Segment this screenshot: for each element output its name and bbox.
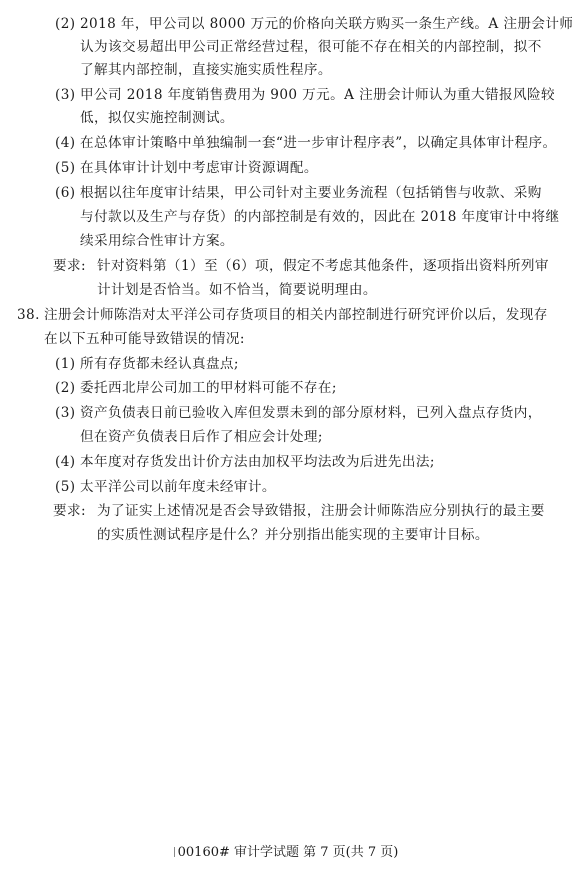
question-text-line: 注册会计师陈浩对太平洋公司存货项目的相关内部控制进行研究评价以后，发现存 [44,306,548,324]
requirement-text-line: 为了证实上述情况是否会导致错报，注册会计师陈浩应分别执行的最主要 [97,502,545,520]
requirement-text-line: 的实质性测试程序是什么？并分别指出能实现的主要审计目标。 [97,526,489,544]
question-number: 38. [17,306,40,324]
requirement-text-line: 针对资料第（1）至（6）项，假定不考虑其他条件，逐项指出资料所列审 [97,257,549,275]
item-text-line: 低，拟仅实施控制测试。 [80,109,234,127]
item-number: (2) [55,379,75,397]
item-number: (2) [55,15,75,33]
item-text-line: 本年度对存货发出计价方法由加权平均法改为后进先出法; [80,453,435,471]
item-number: (6) [55,184,75,202]
page-footer: 00160# 审计学试题 第 7 页(共 7 页) [0,844,572,862]
item-text-line: 2018 年，甲公司以 8000 万元的价格向关联方购买一条生产线。A 注册会计… [80,15,572,33]
item-text-line: 在具体审计计划中考虑审计资源调配。 [80,159,318,177]
requirement-label: 要求: [53,502,86,520]
exam-page: (2) 2018 年，甲公司以 8000 万元的价格向关联方购买一条生产线。A … [0,0,572,871]
requirement-label: 要求: [53,257,86,275]
item-number: (4) [55,134,75,152]
footer-text: 00160# 审计学试题 第 7 页(共 7 页) [178,845,399,860]
item-text-line: 续采用综合性审计方案。 [80,232,234,250]
item-text-line: 与付款以及生产与存货）的内部控制是有效的，因此在 2018 年度审计中将继 [80,208,559,226]
item-text-line: 太平洋公司以前年度未经审计。 [80,478,276,496]
item-text-line: 但在资产负债表日后作了相应会计处理; [80,428,323,446]
item-text-line: 甲公司 2018 年度销售费用为 900 万元。A 注册会计师认为重大错报风险较 [80,86,555,104]
item-text-line: 资产负债表日前已验收入库但发票未到的部分原材料，已列入盘点存货内， [80,404,542,422]
item-text-line: 委托西北岸公司加工的甲材料可能不存在; [80,379,337,397]
item-number: (3) [55,404,75,422]
item-number: (3) [55,86,75,104]
item-text-line: 根据以往年度审计结果，甲公司针对主要业务流程（包括销售与收款、采购 [80,184,542,202]
requirement-text-line: 计计划是否恰当。如不恰当，简要说明理由。 [97,281,377,299]
item-text-line: 所有存货都未经认真盘点; [80,355,239,373]
item-text-line: 在总体审计策略中单独编制一套“进一步审计程序表”，以确定具体审计程序。 [80,134,557,152]
scan-mark [174,847,175,857]
question-text-line: 在以下五种可能导致错误的情况: [44,330,245,348]
item-number: (5) [55,159,75,177]
item-number: (4) [55,453,75,471]
item-number: (5) [55,478,75,496]
item-text-line: 认为该交易超出甲公司正常经营过程，很可能不存在相关的内部控制，拟不 [80,38,542,56]
item-text-line: 了解其内部控制，直接实施实质性程序。 [80,61,332,79]
item-number: (1) [55,355,75,373]
